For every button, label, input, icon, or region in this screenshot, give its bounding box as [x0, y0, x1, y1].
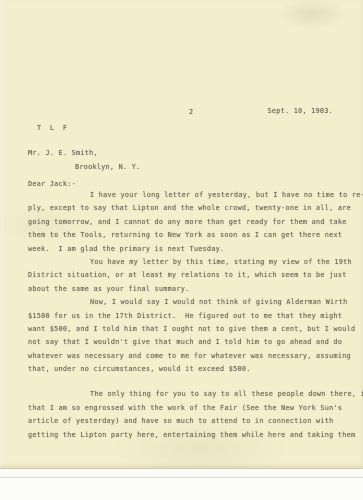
- under-sheet-edge: [0, 477, 363, 478]
- page-number: 2: [189, 108, 193, 116]
- body-line: I have your long letter of yesterday, bu…: [28, 189, 348, 202]
- body-line: going tomorrow, and I cannot do any more…: [28, 216, 348, 229]
- body-line: them to the Tools, returning to New York…: [28, 229, 348, 242]
- scan-backdrop: 2 Sept. 10, 1903. T L F Mr. J. E. Smith,…: [0, 0, 363, 500]
- body-line: that I am so engrossed with the work of …: [28, 402, 348, 415]
- body-line: want $500, and I told him that I ought n…: [28, 323, 348, 336]
- body-line: whatever was necessary and come to me fo…: [28, 350, 348, 363]
- body-line: about the same as your final summary.: [28, 283, 348, 296]
- body-line: ply, except to say that Lipton and the w…: [28, 202, 348, 215]
- salutation: Dear Jack:-: [28, 180, 76, 188]
- body-line: Now, I would say I would not think of gi…: [28, 296, 348, 309]
- letter-sheet: 2 Sept. 10, 1903. T L F Mr. J. E. Smith,…: [0, 0, 363, 469]
- body-line: You have my letter by this time, stating…: [28, 256, 348, 269]
- body-line: The only thing for you to say to all the…: [28, 388, 348, 401]
- dateline: Sept. 10, 1903.: [268, 107, 333, 115]
- recipient-address: Brooklyn, N. Y.: [75, 163, 140, 171]
- body-line: not say that I wouldn't give that much a…: [28, 336, 348, 349]
- recipient-name: Mr. J. E. Smith,: [28, 149, 98, 157]
- body-line: week. I am glad the primary is next Tues…: [28, 243, 348, 256]
- body-line: getting the Lipton party here, entertain…: [28, 429, 348, 442]
- letter-body: I have your long letter of yesterday, bu…: [28, 189, 348, 442]
- body-line: that, under no circumstances, would it e…: [28, 363, 348, 376]
- body-line: $1500 for us in the 17th District. He fi…: [28, 310, 348, 323]
- typist-initials: T L F: [37, 124, 69, 132]
- body-line: District situation, or at least my relat…: [28, 269, 348, 282]
- body-line: article of yesterday) and have so much t…: [28, 415, 348, 428]
